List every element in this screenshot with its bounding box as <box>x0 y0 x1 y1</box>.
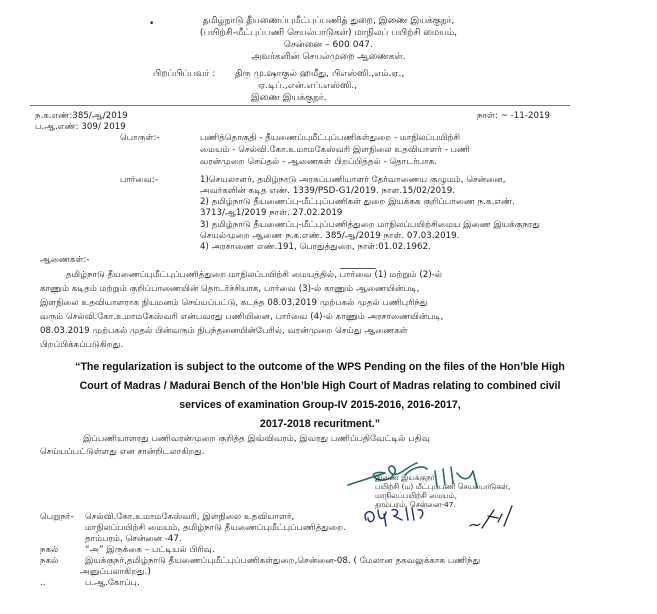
copy-label: .. <box>40 578 46 589</box>
orders-line: வரும் செல்வி.கோ.உமாமகேஸ்வரி என்பவரது பணி… <box>40 312 443 323</box>
reference-line: 4) அரசாணை எண்.191, பொதுத்துறை, நாள்:01.0… <box>200 242 431 253</box>
copy-text-continued: அனுப்பலாகிறது.) <box>80 567 151 578</box>
pa-number: ப.ஆ.எண்: 309/ 2019 <box>35 122 126 133</box>
issuer-label: பிறப்பிப்பவர் : <box>153 69 215 80</box>
initials-mark-icon <box>468 502 518 532</box>
copy-label: நகல் <box>40 545 58 556</box>
issuer-line-2: ஏ.டிப்.,என்.எப்.எஸ்ஸி., <box>258 81 357 92</box>
copy-label: நகல் <box>40 556 58 567</box>
copy-text: “அ” இருக்கை – பட்டியல் பிரிவு. <box>85 545 215 556</box>
reference-line: 2) தமிழ்நாடு தீயணைப்பு-மீட்புப்பணிகள் து… <box>200 197 515 208</box>
orders-line: 08.03.2019 முற்பகல் முதல் பின்வரும் நிபந… <box>40 326 408 337</box>
orders-line: தமிழ்நாடு தீயணைப்புமீட்புப்பணித்துறை மாந… <box>66 270 442 281</box>
subject-line: வரன்முறை செய்தல் - ஆணைகள் பிறப்பித்தல் -… <box>200 157 437 168</box>
issuer-line-1: திரு மு.ஷாகுல் ஹமீது, பிஎஸ்ஸி.,எம்.ஏ., <box>235 69 404 80</box>
header-divider <box>30 105 570 106</box>
condition-line: 2017-2018 recuritment.” <box>40 415 600 434</box>
certification-line: இப்பணியாளரது பணிவரன்முறை குறித்த இவ்விவர… <box>83 434 430 445</box>
issuer-line-3: இணை இயக்குநர். <box>251 93 327 104</box>
reference-line: செயல்முறை ஆணை ந.க.எண். 385/ஆ/2019 நாள். … <box>200 231 459 242</box>
subject-line: மையம் - செல்வி.கோ.உமாமகேஸ்வரி இளநிலை உதவ… <box>200 145 470 156</box>
orders-line: பிறப்பிக்கப்படுகிறது. <box>40 340 123 351</box>
condition-line: Court of Madras / Madurai Bench of the H… <box>40 377 600 396</box>
condition-line: services of examination Group-IV 2015-20… <box>40 396 600 415</box>
copy-text: இயக்குநர்,தமிழ்நாடு தீயணைப்புமீட்புப்பணி… <box>85 556 480 567</box>
recipient-line: செல்வி.கோ.உமாமகேஸ்வரி, இளநிலை உதவியாளர், <box>85 512 294 523</box>
document-date: நாள்: ~ -11-2019 <box>477 111 550 122</box>
signatory-title: இணை இயக்குநர் <box>375 473 435 482</box>
initials-icon <box>362 500 452 532</box>
references-label: பார்வை:- <box>120 175 158 186</box>
subject-label: பொருள்:- <box>120 133 160 144</box>
file-number: ந.க.எண்:385/ஆ/2019 <box>35 111 128 122</box>
reference-line: 3713/ஆ1/2019 நாள். 27.02.2019 <box>200 208 342 219</box>
recipient-line: மாநிலப்பயிற்சி மையம், தமிழ்நாடு தீயணைப்ப… <box>85 523 346 534</box>
copy-text: ப.ஆ.கோப்பு. <box>85 578 140 589</box>
header-line-2: (பயிற்சி-மீட்புப்பணி செயல்பாடுகள்) மாநில… <box>0 28 657 39</box>
recipient-label: பெறுநர்- <box>40 512 74 523</box>
orders-line: இளநிலை உதவியாளராக நியமனம் செய்யப்பட்டு, … <box>40 298 428 309</box>
orders-line: காணும் கடிதம் மற்றும் குறிப்பாணையின் தொட… <box>40 284 419 295</box>
header-line-1: தமிழ்நாடு தீயணைப்புமீட்புப்பணித் துறை, இ… <box>0 16 657 27</box>
orders-label: ஆணைகள்:- <box>40 255 89 266</box>
signatory-line: பயிற்சி (ம) மீட்புப்பணி செயல்பாடுகள், <box>375 482 510 491</box>
header-line-4: அவர்களின் செயல்முறை ஆணைகள். <box>0 52 657 63</box>
references-divider <box>340 268 376 269</box>
recipient-line: தாம்பரம், சென்னை -47. <box>85 534 182 545</box>
reference-line: 3) தமிழ்நாடு தீயணைப்பு-மீட்புப்பணித்துறை… <box>200 220 540 231</box>
condition-line: “The regularization is subject to the ou… <box>40 358 600 377</box>
reference-line: அவர்களின் கடித எண். 1339/PSD-G1/2019. நா… <box>200 186 455 197</box>
reference-line: 1)செயலாளர், தமிழ்நாடு அரசுப்பணியாளர் தேர… <box>200 175 506 186</box>
certification-line: செய்யப்பட்டுள்ளது என சான்றிடலாகிறது. <box>40 447 205 458</box>
signatory-line: மாநிலப்பயிற்சி மையம், <box>375 491 457 500</box>
header-line-3: சென்னை – 600 047. <box>0 40 657 51</box>
subject-line: பணித்தொகுதி - தீயணைப்புமீட்புப்பணிகள்துற… <box>200 133 460 144</box>
